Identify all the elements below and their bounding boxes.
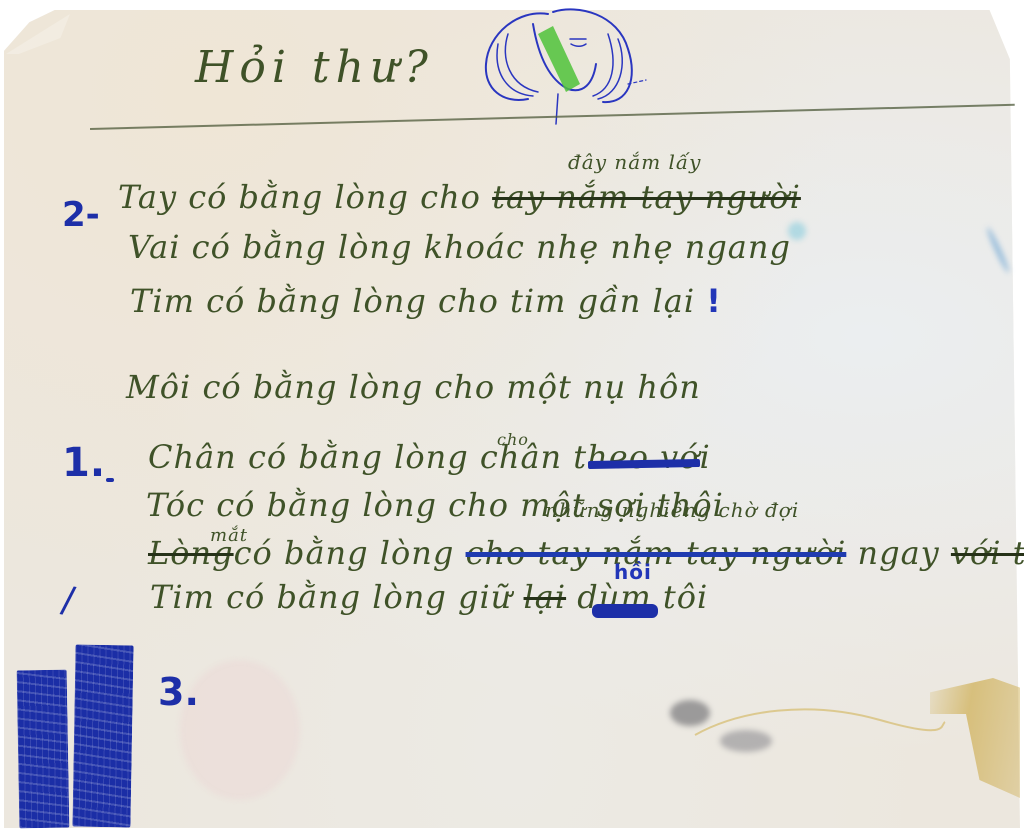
- stanza-marker-1: 1.: [62, 440, 105, 486]
- yellow-thread-mark: [690, 700, 950, 750]
- struck-text: tay nắm tay người: [492, 178, 801, 216]
- blue-insertion-hoi: hồi: [614, 560, 652, 584]
- dot-marks: [106, 478, 114, 482]
- struck-text: với ta: [951, 534, 1024, 572]
- stanza-b-line-1: Chân có bằng lòng chân theo với: [148, 438, 711, 476]
- blue-scribble-block: [72, 645, 133, 828]
- stanza-b-line-3: Lòngcó bằng lòng cho tay nắm tay người n…: [148, 534, 1024, 572]
- girl-face-doodle-icon: [478, 4, 648, 129]
- stanza-marker-2: 2-: [62, 195, 100, 235]
- stanza-a-line-4: Môi có bằng lòng cho một nụ hôn: [126, 368, 701, 406]
- page: Hỏi thư? 2- 1. 3. / đây nắm lấy: [0, 0, 1024, 838]
- stanza-a-line-3: Tim có bằng lòng cho tim gần lại !: [130, 282, 722, 320]
- struck-text: cho tay nắm tay người: [466, 534, 847, 572]
- insertion-line-3: những nghiêng chờ đợi: [545, 498, 799, 522]
- insertion-line-1: đây nắm lấy: [568, 150, 701, 174]
- exclamation-mark: !: [706, 282, 722, 320]
- blue-scribble: [592, 604, 658, 618]
- stanza-a-line-2: Vai có bằng lòng khoác nhẹ nhẹ ngang: [128, 228, 791, 266]
- stanza-a-line-1: Tay có bằng lòng cho tay nắm tay người: [118, 178, 801, 216]
- poem-title: Hỏi thư?: [195, 42, 434, 93]
- stanza-marker-3: 3.: [158, 670, 199, 714]
- blue-scribble-block: [17, 670, 70, 829]
